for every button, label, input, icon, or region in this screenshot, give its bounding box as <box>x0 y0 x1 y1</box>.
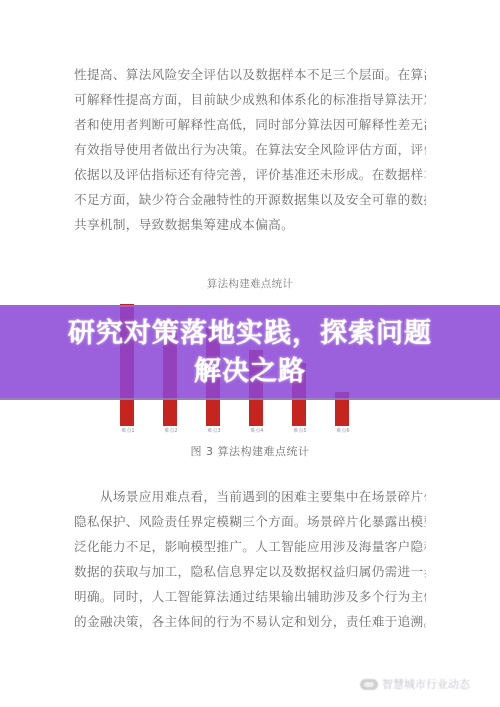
text-line: 不足方面，缺少符合金融特性的开源数据集以及安全可靠的数据 <box>74 187 426 212</box>
text-line: 共享机制，导致数据集筹建成本偏高。 <box>74 212 426 237</box>
banner-title-line-1: 研究对策落地实践，探索问题 <box>68 315 432 353</box>
chart-x-axis-labels: 难点1难点2难点3难点4难点5难点6 <box>112 427 392 439</box>
chart-x-label: 难点5 <box>276 427 324 434</box>
text-line: 泛化能力不足，影响模型推广。人工智能应用涉及海量客户隐私 <box>74 534 426 559</box>
watermark-text: 智慧城市行业动态 <box>382 676 470 692</box>
text-line: 的金融决策，各主体间的行为不易认定和划分，责任难于追溯。 <box>74 609 426 634</box>
chart-x-label: 难点3 <box>190 427 238 434</box>
document-page: 性提高、算法风险安全评估以及数据样本不足三个层面。在算法 可解释性提高方面，目前… <box>0 0 500 707</box>
chart-x-label: 难点2 <box>147 427 195 434</box>
text-line: 依据以及评估指标还有待完善，评价基准还未形成。在数据样本 <box>74 162 426 187</box>
text-line: 从场景应用难点看，当前遇到的困难主要集中在场景碎片化、 <box>74 484 426 509</box>
paragraph-bottom: 从场景应用难点看，当前遇到的困难主要集中在场景碎片化、 隐私保护、风险责任界定模… <box>74 484 426 634</box>
text-line: 隐私保护、风险责任界定模糊三个方面。场景碎片化暴露出模型 <box>74 509 426 534</box>
banner-title-line-2: 解决之路 <box>194 353 306 391</box>
wechat-icon <box>360 679 378 690</box>
chart-x-label: 难点6 <box>319 427 367 434</box>
source-watermark: 智慧城市行业动态 <box>360 674 470 694</box>
text-line: 有效指导使用者做出行为决策。在算法安全风险评估方面，评估 <box>74 137 426 162</box>
paragraph-top: 性提高、算法风险安全评估以及数据样本不足三个层面。在算法 可解释性提高方面，目前… <box>74 62 426 237</box>
text-line: 可解释性提高方面，目前缺少成熟和体系化的标准指导算法开发 <box>74 87 426 112</box>
text-line: 性提高、算法风险安全评估以及数据样本不足三个层面。在算法 <box>74 62 426 87</box>
text-line: 数据的获取与加工，隐私信息界定以及数据权益归属仍需进一步 <box>74 559 426 584</box>
text-line: 者和使用者判断可解释性高低，同时部分算法因可解释性差无法 <box>74 112 426 137</box>
title-banner: 研究对策落地实践，探索问题 解决之路 <box>0 305 500 400</box>
chart-x-label: 难点1 <box>104 427 152 434</box>
chart-title: 算法构建难点统计 <box>0 276 500 291</box>
chart-x-label: 难点4 <box>233 427 281 434</box>
text-line: 明确。同时，人工智能算法通过结果输出辅助涉及多个行为主体 <box>74 584 426 609</box>
figure-caption: 图 3 算法构建难点统计 <box>0 443 500 459</box>
